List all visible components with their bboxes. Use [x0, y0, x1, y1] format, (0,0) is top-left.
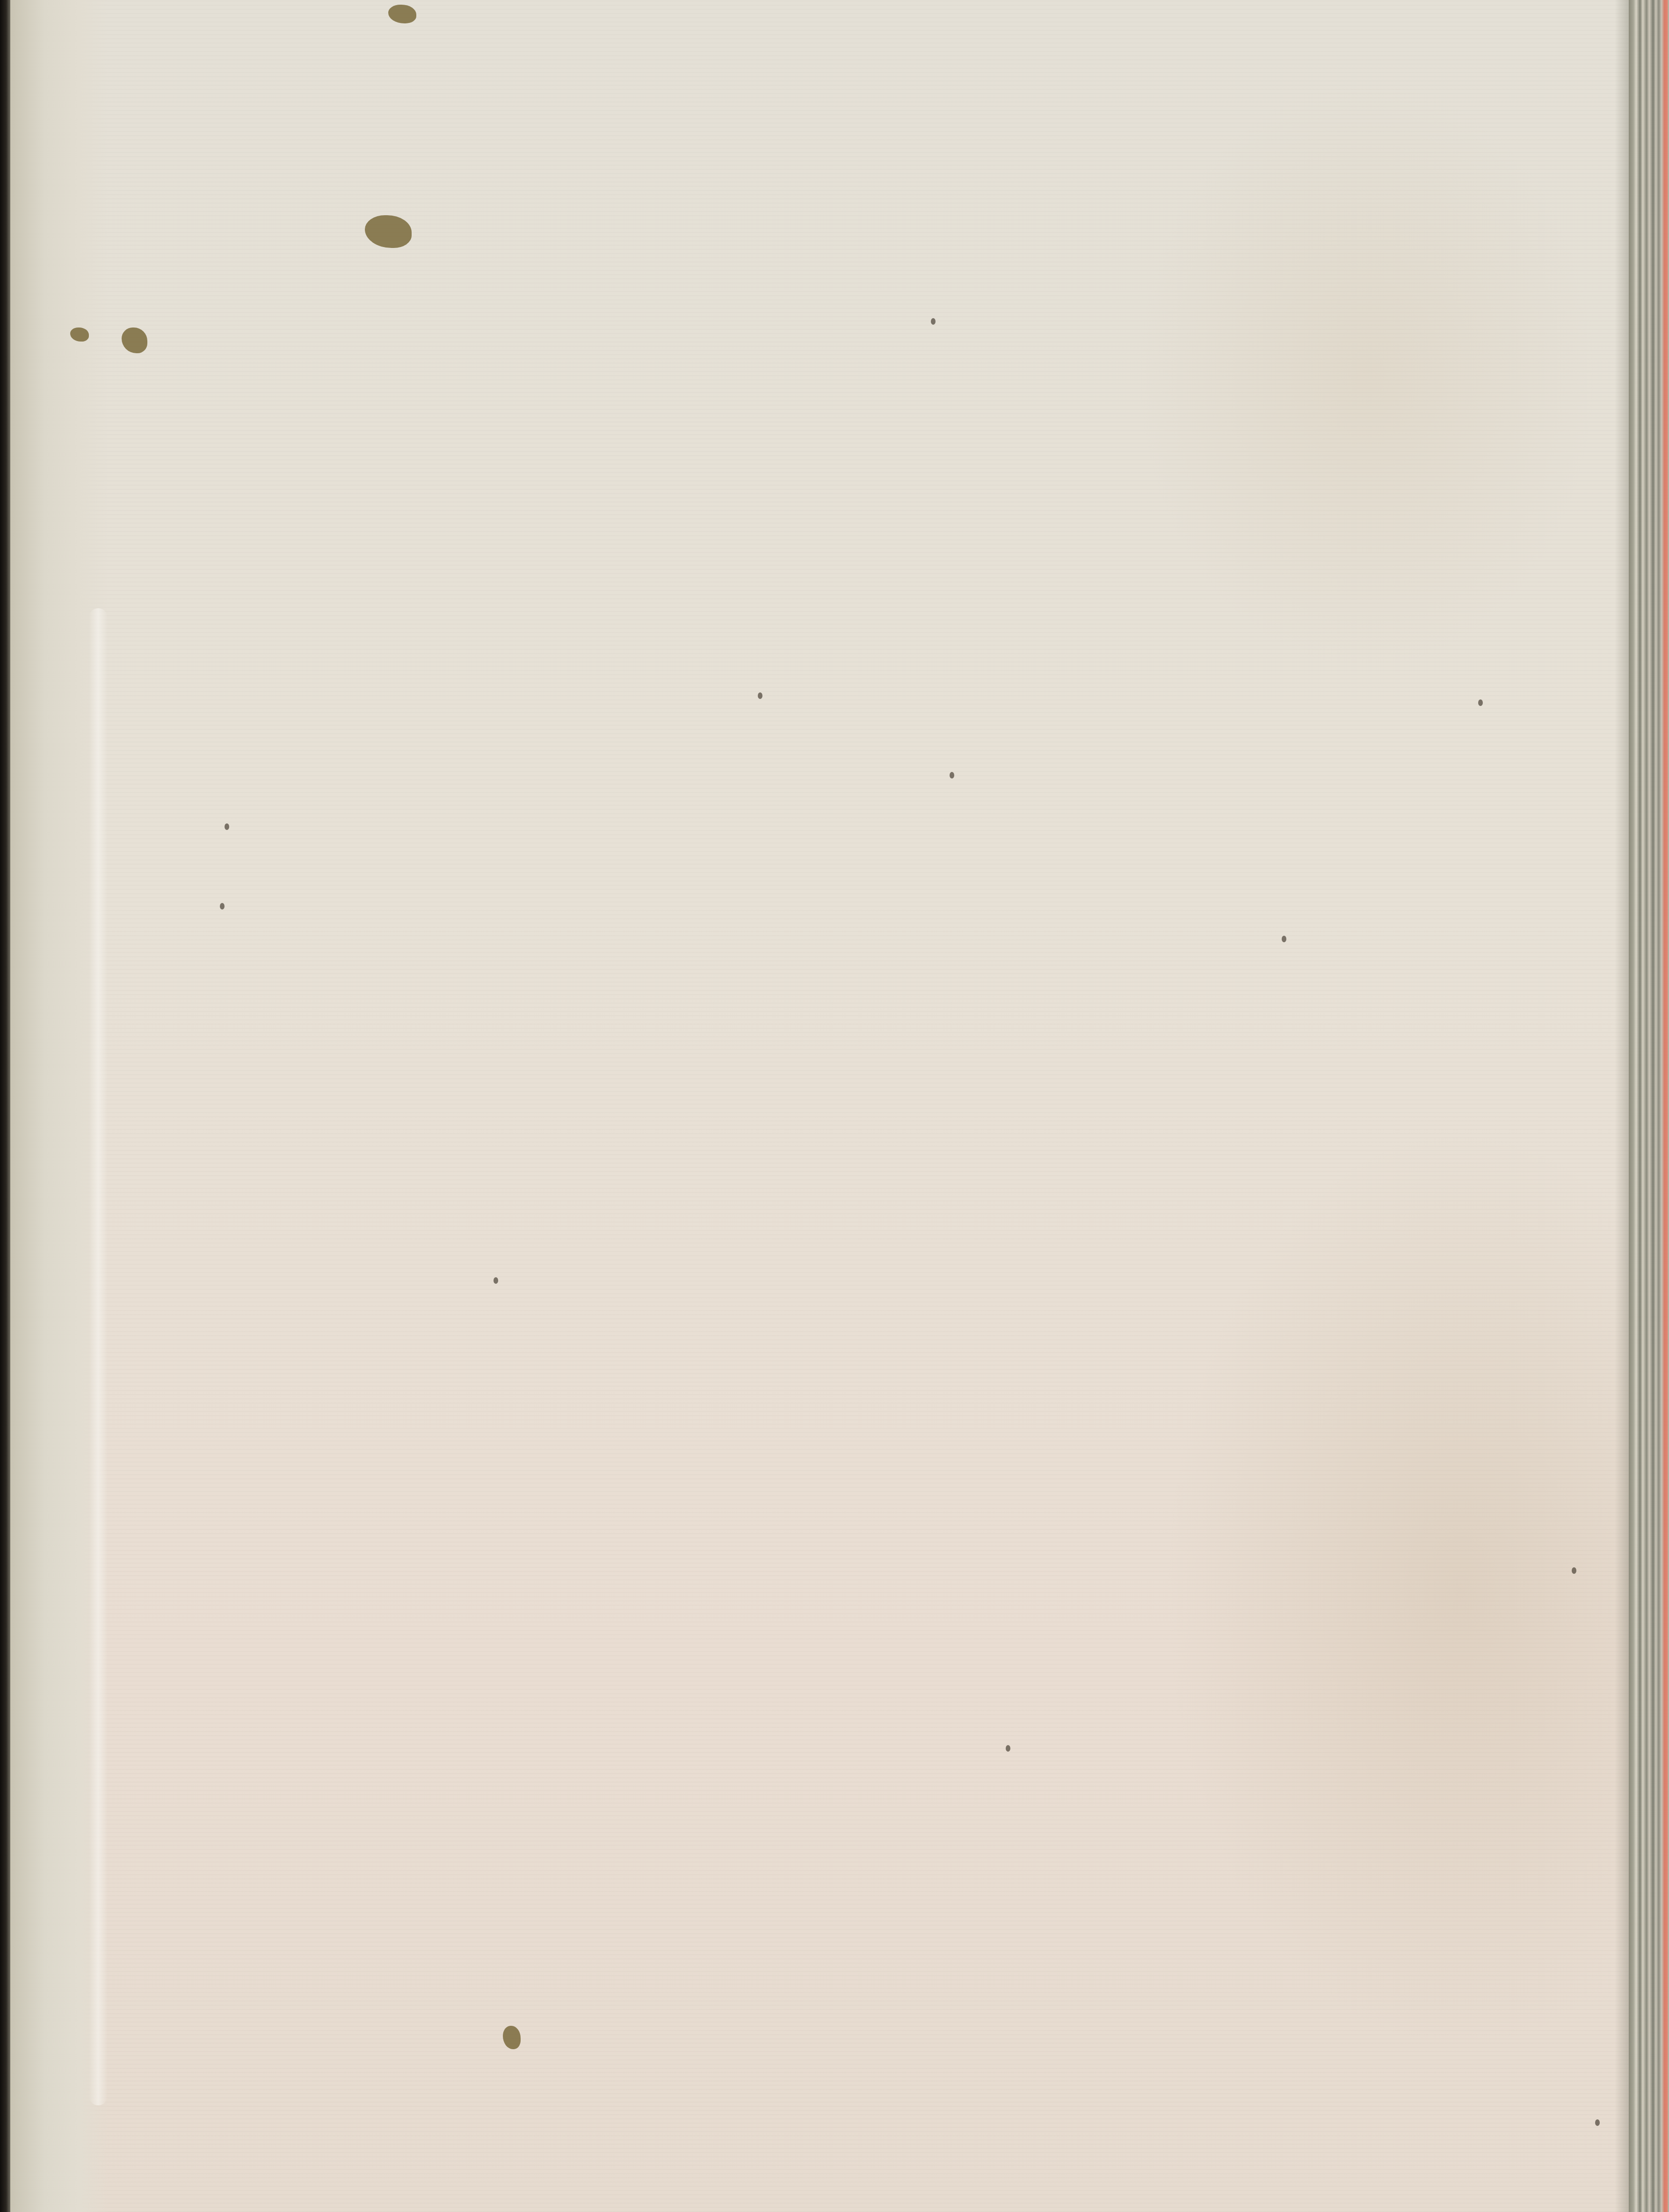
page-curl-highlight	[89, 608, 108, 2105]
scanned-page	[0, 0, 1669, 2212]
paper-surface	[10, 0, 1629, 2212]
foxing-speck	[1478, 699, 1483, 706]
foxing-speck	[1572, 1567, 1576, 1574]
foxing-speck	[493, 1277, 498, 1284]
foxing-speck	[950, 772, 954, 779]
foxing-speck	[225, 823, 229, 830]
binding-edge	[0, 0, 10, 2212]
foxing-speck	[1006, 1745, 1010, 1752]
foxing-speck	[1282, 936, 1286, 942]
foxing-speck	[220, 903, 225, 910]
fore-edge-page-stack	[1629, 0, 1669, 2212]
fore-edge-shadow	[1615, 0, 1629, 2212]
foxing-speck	[758, 692, 762, 699]
foxing-speck	[931, 318, 936, 325]
foxing-speck	[1595, 2119, 1600, 2126]
